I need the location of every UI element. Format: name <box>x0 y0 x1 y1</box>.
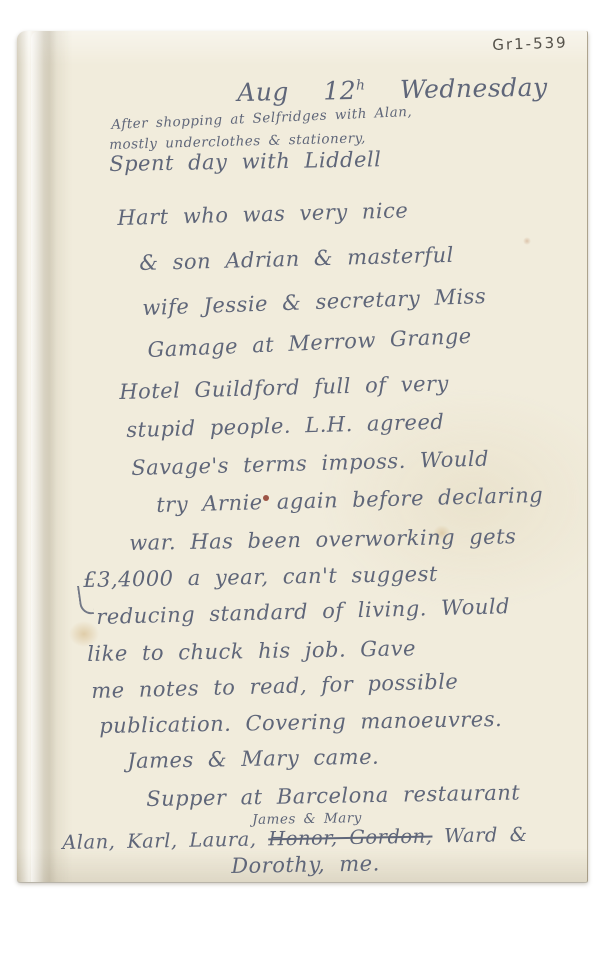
entry-heading: Aug 12h Wednesday <box>237 73 548 107</box>
handwritten-line: James & Mary came. <box>127 745 379 773</box>
struck-names: Honor, Gordon, <box>268 825 433 851</box>
paper-stain <box>523 237 531 245</box>
closing-final-line: Dorothy, me. <box>231 851 380 878</box>
heading-date: Aug 12 <box>237 76 356 107</box>
archival-code: Gr1-539 <box>492 33 568 54</box>
names-before-strike: Alan, Karl, Laura, <box>62 828 257 854</box>
photo-background: Gr1-539 Aug 12h Wednesday After shopping… <box>0 0 600 960</box>
handwritten-line: Spent day with Liddell <box>109 147 382 176</box>
heading-weekday: Wednesday <box>400 73 548 105</box>
paper-fold <box>31 31 57 882</box>
names-after-strike: Ward & <box>444 823 528 847</box>
